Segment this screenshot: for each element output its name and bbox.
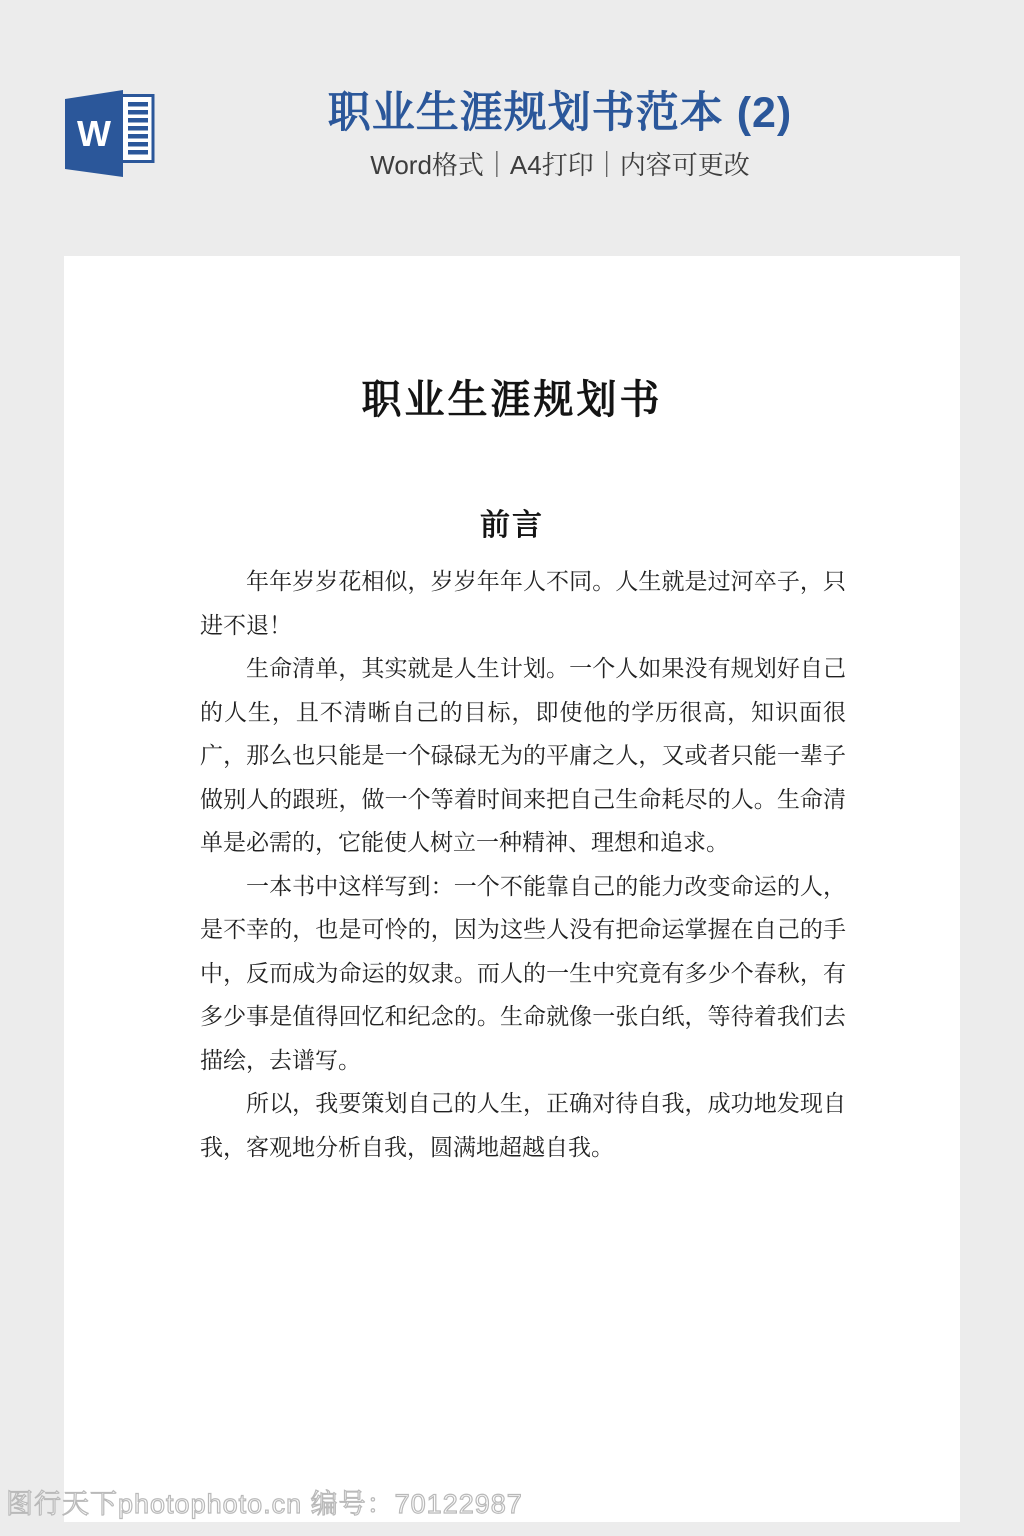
document-page: 职业生涯规划书 前言 年年岁岁花相似，岁岁年年人不同。人生就是过河卒子，只进不退… [64,256,960,1522]
document-paragraph: 一本书中这样写到：一个不能靠自己的能力改变命运的人，是不幸的，也是可怜的，因为这… [200,865,846,1083]
template-title: 职业生涯规划书范本 (2) [300,88,820,138]
document-paragraph: 年年岁岁花相似，岁岁年年人不同。人生就是过河卒子，只进不退！ [200,560,846,647]
document-paragraph: 所以，我要策划自己的人生，正确对待自我，成功地发现自我，客观地分析自我，圆满地超… [200,1082,846,1169]
header: W 职业生涯规划书范本 (2) Word格式｜A4打印｜内容可更改 [0,0,1024,256]
document-title: 职业生涯规划书 [64,256,960,424]
document-paragraph: 生命清单，其实就是人生计划。一个人如果没有规划好自己的人生，且不清晰自己的目标，… [200,647,846,865]
template-subtitle: Word格式｜A4打印｜内容可更改 [300,150,820,180]
header-text: 职业生涯规划书范本 (2) Word格式｜A4打印｜内容可更改 [300,88,820,180]
svg-text:W: W [77,113,111,154]
word-logo-icon: W [58,86,170,178]
watermark-text: 图行天下photophoto.cn 编号：70122987 [6,1486,523,1522]
document-body: 年年岁岁花相似，岁岁年年人不同。人生就是过河卒子，只进不退！ 生命清单，其实就是… [64,560,960,1169]
screen: W 职业生涯规划书范本 (2) Word格式｜A4打印｜内容可更改 职业生涯规划… [0,0,1024,1536]
section-heading: 前言 [64,508,960,544]
